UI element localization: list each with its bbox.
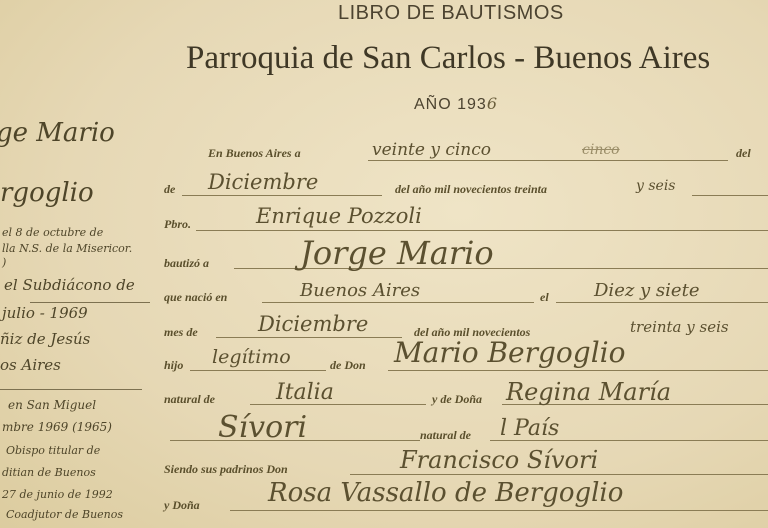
margin-line: ñiz de Jesús	[0, 330, 90, 348]
line3-value: Enrique Pozzoli	[256, 204, 422, 228]
line10-label: Siendo sus padrinos Don	[164, 462, 288, 477]
line9-value2: l País	[500, 416, 559, 441]
margin-name-line2: rgoglio	[0, 178, 94, 208]
book-title: LIBRO DE BAUTISMOS	[338, 2, 564, 25]
line10-value: Francisco Sívori	[400, 446, 598, 474]
line2-label: de	[164, 182, 175, 197]
margin-line: lla N.S. de la Misericor.	[2, 242, 132, 255]
year-label: AÑO 1936	[414, 94, 498, 114]
margin-line: en San Miguel	[8, 398, 96, 412]
line4-value: Jorge Mario	[300, 234, 494, 272]
margin-line: ditian de Buenos	[2, 466, 96, 479]
line6-rule	[216, 337, 402, 338]
line3-label: Pbro.	[164, 217, 191, 232]
margin-line: )	[2, 256, 6, 269]
margin-line: el Subdiácono de	[4, 276, 135, 294]
line1-value: veinte y cinco	[372, 140, 491, 160]
line5-label2: el	[540, 290, 549, 305]
line5-rule2	[556, 302, 768, 303]
line2-middle: del año mil novecientos treinta	[395, 182, 547, 197]
line2-value2: y seis	[636, 178, 676, 194]
line7-rule	[190, 370, 326, 371]
line10-rule	[350, 474, 768, 475]
margin-line: os Aires	[0, 356, 61, 374]
line4-label: bautizó a	[164, 256, 209, 271]
year-handwritten: 6	[487, 94, 498, 113]
line11-value: Rosa Vassallo de Bergoglio	[268, 478, 623, 508]
line7-label2: de Don	[330, 358, 366, 373]
line1-suffix: del	[736, 146, 751, 161]
line8-label2: y de Doña	[432, 392, 482, 407]
margin-line: Obispo titular de	[6, 444, 100, 457]
line2-rule	[182, 195, 382, 196]
line6-value: Diciembre	[258, 312, 368, 336]
year-printed: AÑO 193	[414, 96, 487, 113]
line1-label: En Buenos Aires a	[208, 146, 301, 161]
line9-label: natural de	[420, 428, 471, 443]
line8-label: natural de	[164, 392, 215, 407]
line2-rule2	[692, 195, 768, 196]
margin-line: julio - 1969	[2, 304, 88, 322]
line2-value: Diciembre	[208, 170, 318, 194]
margin-line: el 8 de octubre de	[2, 226, 103, 239]
margin-line: Coadjutor de Buenos	[6, 508, 123, 521]
margin-underline	[30, 302, 150, 303]
line6-value2: treinta y seis	[630, 318, 729, 336]
margin-line: mbre 1969 (1965)	[2, 420, 112, 434]
line8-value2: Regina María	[506, 378, 671, 406]
line7-label: hijo	[164, 358, 183, 373]
line1-rule	[368, 160, 728, 161]
line3-rule	[196, 230, 768, 231]
line7-value: legítimo	[212, 346, 291, 368]
line8-value: Italia	[276, 380, 334, 405]
line5-value: Buenos Aires	[300, 280, 420, 301]
margin-divider	[0, 389, 142, 390]
line7-rule2	[388, 370, 768, 371]
line5-rule	[262, 302, 534, 303]
line6-label: mes de	[164, 325, 198, 340]
margin-line: 27 de junio de 1992	[2, 488, 113, 501]
line1-struck: cinco	[582, 142, 620, 158]
line7-value2: Mario Bergoglio	[394, 336, 625, 369]
line11-rule	[230, 510, 768, 511]
line9-value: Sívori	[218, 410, 307, 445]
parish-title: Parroquia de San Carlos - Buenos Aires	[186, 40, 710, 77]
line5-value2: Diez y siete	[594, 280, 699, 301]
line5-label: que nació en	[164, 290, 227, 305]
line11-label: y Doña	[164, 498, 200, 513]
margin-name-line1: ge Mario	[0, 118, 115, 148]
